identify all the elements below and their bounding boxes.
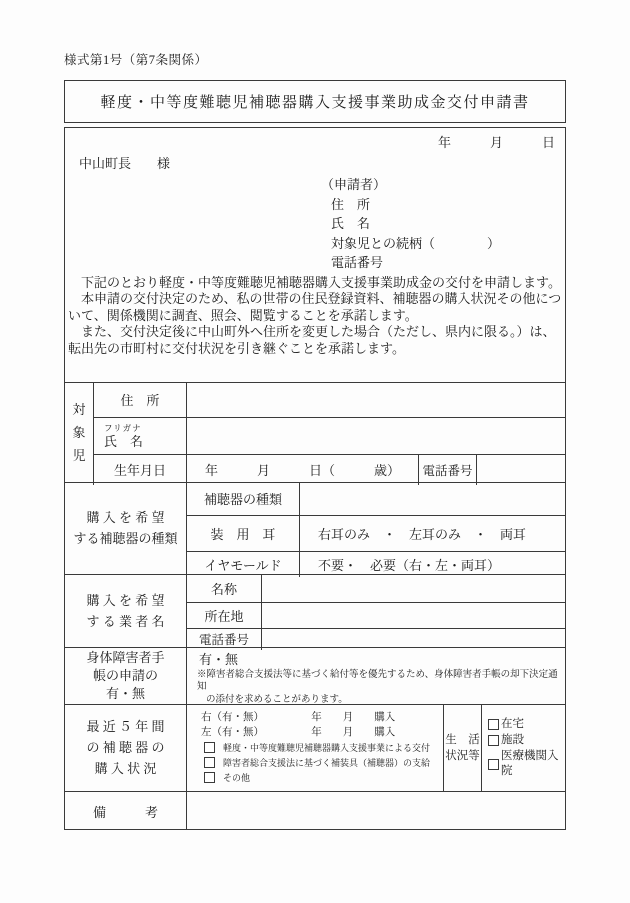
target-child-header: 対 象 児 [65, 383, 93, 482]
form-title-box: 軽度・中等度難聴児補聴器購入支援事業助成金交付申請書 [64, 80, 566, 123]
vendor-phone-label: 電話番号 [186, 629, 261, 650]
history-check-item-3: その他 [201, 771, 443, 785]
applicant-name-label: 氏 名 [321, 214, 565, 234]
applicant-heading: （申請者） [321, 175, 565, 195]
handbook-yes-no-options[interactable]: 有・無 [197, 651, 559, 669]
section-vendor: 購 入 を 希 望 す る 業 者 名 名称 所在地 電話番号 [65, 575, 565, 648]
addressee: 中山町長 様 [65, 153, 565, 174]
section-remarks: 備 考 [65, 792, 565, 831]
checkbox-icon[interactable] [204, 742, 215, 753]
declaration-paragraph-3: また、交付決定後に中山町外へ住所を変更した場合（ただし、県内に限る。）は、転出先… [68, 324, 562, 357]
vendor-name-label: 名称 [186, 575, 261, 602]
vendor-phone-field[interactable] [261, 629, 565, 650]
section-hearing-aid: 購 入 を 希 望 する補聴器の種類 補聴器の種類 装 用 耳 右耳のみ ・ 左… [65, 483, 565, 575]
history-content-cell: 右（有・無） 年 月 購入 左（有・無） 年 月 購入 軽度・中等度難聴児補聴器… [186, 705, 443, 791]
history-check-item-1: 軽度・中等度難聴児補聴器購入支援事業による交付 [201, 741, 443, 755]
form-number: 様式第1号（第7条関係） [64, 50, 208, 68]
aid-earmold-options[interactable]: 不要・ 必要（右・左・両耳） [299, 552, 565, 577]
child-address-label: 住 所 [93, 383, 186, 417]
remarks-field[interactable] [186, 792, 565, 831]
form-title: 軽度・中等度難聴児補聴器購入支援事業助成金交付申請書 [100, 91, 529, 112]
handbook-note-line-1: ※障害者総合支援法等に基づく給付等を優先するため、身体障害者手帳の却下決定通知 [197, 669, 559, 694]
history-section-header: 最 近 ５ 年 間 の 補 聴 器 の 購 入 状 況 [65, 705, 186, 791]
applicant-block: （申請者） 住 所 氏 名 対象児との続柄（ ） 電話番号 [321, 175, 565, 273]
child-phone-label: 電話番号 [418, 455, 476, 485]
applicant-address-label: 住 所 [321, 195, 565, 215]
aid-type-field[interactable] [299, 483, 565, 515]
section-disability-handbook: 身体障害者手 帳の申請の 有・無 有・無 ※障害者総合支援法等に基づく給付等を優… [65, 648, 565, 705]
vendor-location-field[interactable] [261, 603, 565, 628]
living-status-options-cell: 在宅 施設 医療機関入院 [481, 705, 565, 791]
vendor-location-label: 所在地 [186, 603, 261, 628]
checkbox-icon[interactable] [488, 735, 499, 746]
hearing-aid-section-header: 購 入 を 希 望 する補聴器の種類 [65, 483, 186, 574]
section-purchase-history: 最 近 ５ 年 間 の 補 聴 器 の 購 入 状 況 右（有・無） 年 月 購… [65, 705, 565, 792]
vendor-section-header: 購 入 を 希 望 す る 業 者 名 [65, 575, 186, 647]
living-option-home: 在宅 [488, 717, 565, 732]
checkbox-label: 障害者総合支援法に基づく補装具（補聴器）の支給 [223, 756, 430, 770]
history-check-item-2: 障害者総合支援法に基づく補装具（補聴器）の支給 [201, 756, 443, 770]
history-left-ear-line[interactable]: 左（有・無） 年 月 購入 [201, 725, 443, 740]
declaration-paragraph-1: 下記のとおり軽度・中等度難聴児補聴器購入支援事業助成金の交付を申請します。 [68, 275, 562, 292]
declaration-paragraph-2: 本申請の交付決定のため、私の世帯の住民登録資料、補聴器の購入状況その他について、… [68, 291, 562, 324]
remarks-label: 備 考 [65, 792, 186, 831]
checkbox-label: 軽度・中等度難聴児補聴器購入支援事業による交付 [223, 741, 430, 755]
section-target-child: 対 象 児 住 所 フリガナ 氏 名 生年月日 [65, 383, 565, 483]
handbook-section-header: 身体障害者手 帳の申請の 有・無 [65, 648, 186, 704]
living-option-facility: 施設 [488, 733, 565, 748]
application-form-page: 様式第1号（第7条関係） 軽度・中等度難聴児補聴器購入支援事業助成金交付申請書 … [0, 0, 630, 903]
child-phone-field[interactable] [476, 455, 565, 485]
child-birthdate-label: 生年月日 [93, 455, 186, 485]
child-name-label-cell: フリガナ 氏 名 [93, 418, 186, 454]
child-birthdate-field[interactable]: 年 月 日（ 歳） [186, 455, 418, 485]
applicant-phone-label: 電話番号 [321, 253, 565, 273]
child-furigana-label: フリガナ [104, 423, 142, 434]
applicant-relation-label: 対象児との続柄（ ） [321, 234, 565, 254]
child-name-field[interactable] [186, 418, 565, 454]
checkbox-label: 施設 [501, 733, 524, 748]
checkbox-icon[interactable] [204, 772, 215, 783]
living-status-label: 生 活 状況等 [443, 705, 481, 791]
vendor-name-field[interactable] [261, 575, 565, 602]
checkbox-icon[interactable] [204, 757, 215, 768]
checkbox-icon[interactable] [488, 719, 499, 730]
history-right-ear-line[interactable]: 右（有・無） 年 月 購入 [201, 710, 443, 725]
child-address-field[interactable] [186, 383, 565, 417]
child-name-label: 氏 名 [104, 434, 143, 449]
form-body-box: 年 月 日 中山町長 様 （申請者） 住 所 氏 名 対象児との続柄（ ） 電話… [64, 127, 566, 830]
handbook-content-cell: 有・無 ※障害者総合支援法等に基づく給付等を優先するため、身体障害者手帳の却下決… [186, 648, 565, 704]
checkbox-label: 医療機関入院 [501, 749, 565, 779]
checkbox-icon[interactable] [488, 759, 499, 770]
application-table: 対 象 児 住 所 フリガナ 氏 名 生年月日 [65, 382, 565, 831]
date-line: 年 月 日 [65, 128, 565, 153]
aid-earmold-label: イヤモールド [186, 552, 299, 577]
aid-ear-options[interactable]: 右耳のみ ・ 左耳のみ ・ 両耳 [299, 516, 565, 551]
aid-ear-label: 装 用 耳 [186, 516, 299, 551]
checkbox-label: その他 [223, 771, 250, 785]
checkbox-label: 在宅 [501, 717, 524, 732]
declaration-paragraphs: 下記のとおり軽度・中等度難聴児補聴器購入支援事業助成金の交付を申請します。 本申… [68, 275, 562, 382]
living-option-hospital: 医療機関入院 [488, 749, 565, 779]
aid-type-label: 補聴器の種類 [186, 483, 299, 515]
